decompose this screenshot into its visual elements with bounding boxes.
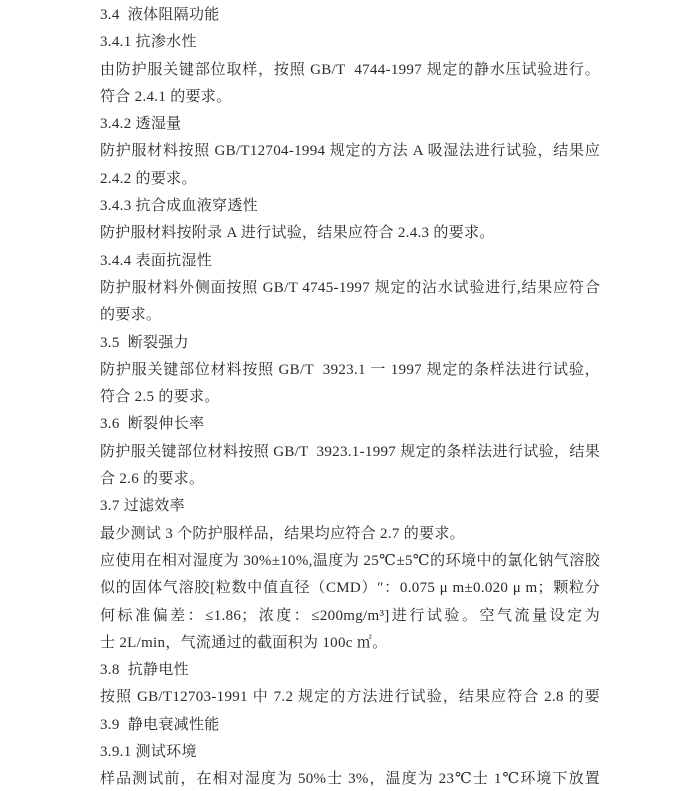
text-line: 防护服材料外侧面按照 GB/T 4745-1997 规定的沾水试验进行,结果应符… (100, 275, 600, 302)
text-line: 似的固体气溶胶[粒数中值直径（CMD）″：0.075 μ m±0.020 μ m… (100, 575, 600, 602)
text-line: 3.5 断裂强力 (100, 330, 600, 357)
text-line: 士 2L/min，气流通过的截面积为 100c ㎡。 (100, 630, 600, 657)
text-line: 防护服关键部位材料按照 GB/T 3923.1 一 1997 规定的条样法进行试… (100, 357, 600, 384)
text-line: 3.4.1 抗渗水性 (100, 29, 600, 56)
text-line: 应使用在相对湿度为 30%±10%,温度为 25℃±5℃的环境中的氯化钠气溶胶或… (100, 548, 600, 575)
text-line: 防护服材料按附录 A 进行试验，结果应符合 2.4.3 的要求。 (100, 220, 600, 247)
text-line: 何标准偏差：≤1.86；浓度：≤200mg/m³]进行试验。空气流量设定为 15… (100, 603, 600, 630)
text-line: 的要求。 (100, 302, 600, 329)
text-line: 3.4 液体阻隔功能 (100, 2, 600, 29)
text-line: 合 2.6 的要求。 (100, 466, 600, 493)
text-line: 3.8 抗静电性 (100, 657, 600, 684)
text-line: 防护服关键部位材料按照 GB/T 3923.1-1997 规定的条样法进行试验，… (100, 439, 600, 466)
text-line: 防护服材料按照 GB/T12704-1994 规定的方法 A 吸湿法进行试验，结… (100, 138, 600, 165)
text-line: 3.9.1 测试环境 (100, 739, 600, 766)
text-line: 3.4.4 表面抗湿性 (100, 248, 600, 275)
text-line: 符合 2.4.1 的要求。 (100, 84, 600, 111)
text-line: 最少测试 3 个防护服样品，结果均应符合 2.7 的要求。 (100, 521, 600, 548)
text-line: 符合 2.5 的要求。 (100, 384, 600, 411)
text-line: 样品测试前，在相对湿度为 50%士 3%，温度为 23℃士 1℃环境下放置 24… (100, 766, 600, 791)
text-line: 3.6 断裂伸长率 (100, 411, 600, 438)
text-line: 由防护服关键部位取样，按照 GB/T 4744-1997 规定的静水压试验进行。… (100, 57, 600, 84)
document-page: 3.4 液体阻隔功能 3.4.1 抗渗水性 由防护服关键部位取样，按照 GB/T… (0, 0, 700, 791)
text-line: 3.7 过滤效率 (100, 493, 600, 520)
text-line: 3.4.3 抗合成血液穿透性 (100, 193, 600, 220)
text-line: 按照 GB/T12703-1991 中 7.2 规定的方法进行试验，结果应符合 … (100, 684, 600, 711)
document-text-block: 3.4 液体阻隔功能 3.4.1 抗渗水性 由防护服关键部位取样，按照 GB/T… (100, 2, 600, 791)
text-line: 2.4.2 的要求。 (100, 166, 600, 193)
text-line: 3.4.2 透湿量 (100, 111, 600, 138)
text-line: 3.9 静电衰减性能 (100, 712, 600, 739)
